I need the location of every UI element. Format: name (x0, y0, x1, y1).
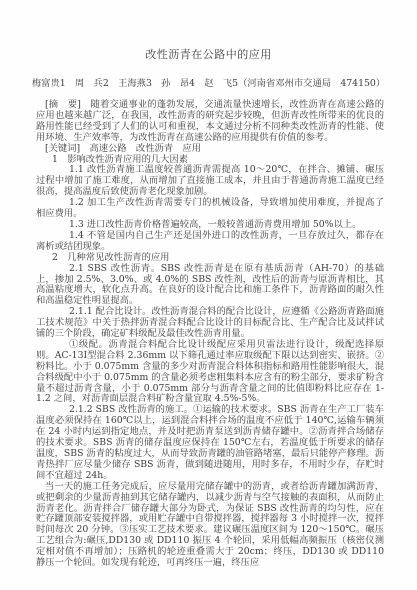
abstract: [摘 要] 随着交通事业的蓬勃发展，交通流量快速增长，改性沥青在高速公路的应用也… (36, 100, 384, 144)
paragraph-gradation: ①级配。沥青混合料配合比设计级配应采用贝雷法进行设计，级配选择原则。AC-13Ⅰ… (36, 340, 384, 405)
paragraph-2-1-2: 2.1.2 SBS 改性沥青的施工。①运输的技术要求。SBS 沥青在生产工厂装车… (36, 405, 384, 481)
document-title: 改性沥青在公路中的应用 (0, 0, 417, 62)
document-page: 改性沥青在公路中的应用 梅富贵1 周 兵2 王海燕3 孙 昂4 赵 飞5（河南省… (0, 0, 417, 590)
paragraph-1-4: 1.4 不管是国内自己生产还是国外进口的改性沥青，一旦存放过久，都存在离析或结团… (36, 231, 384, 253)
paragraph-daily-work: 当一天的施工任务完成后，应尽量用完储存罐中的沥青，或者给沥青罐加满沥青，或把剩余… (36, 482, 384, 569)
section-heading-2: 2 几种常见改性沥青的应用 (36, 253, 384, 264)
keywords: [关键词] 高速公路 改性沥青 应用 (36, 144, 384, 155)
paragraph-1-2: 1.2 加工生产改性沥青需要专门的机械设备，导致增加使用难度，并提高了相应费用。 (36, 198, 384, 220)
document-body: [摘 要] 随着交通事业的蓬勃发展，交通流量快速增长，改性沥青在高速公路的应用也… (36, 100, 384, 569)
paragraph-1-1: 1.1 改性沥青施工温度较普通沥青需提高 10～20℃，在拌合、摊铺、碾压过程中… (36, 165, 384, 198)
author-line: 梅富贵1 周 兵2 王海燕3 孙 昂4 赵 飞5（河南省邓州市交通局 47415… (0, 75, 417, 89)
paragraph-2-1: 2.1 SBS 改性沥青。SBS 改性沥青是在原有基质沥青（AH-70）的基础上… (36, 264, 384, 308)
paragraph-2-1-1: 2.1.1 配合比设计。改性沥青混合料的配合比设计，应遵循《公路沥青路面施工技术… (36, 307, 384, 340)
